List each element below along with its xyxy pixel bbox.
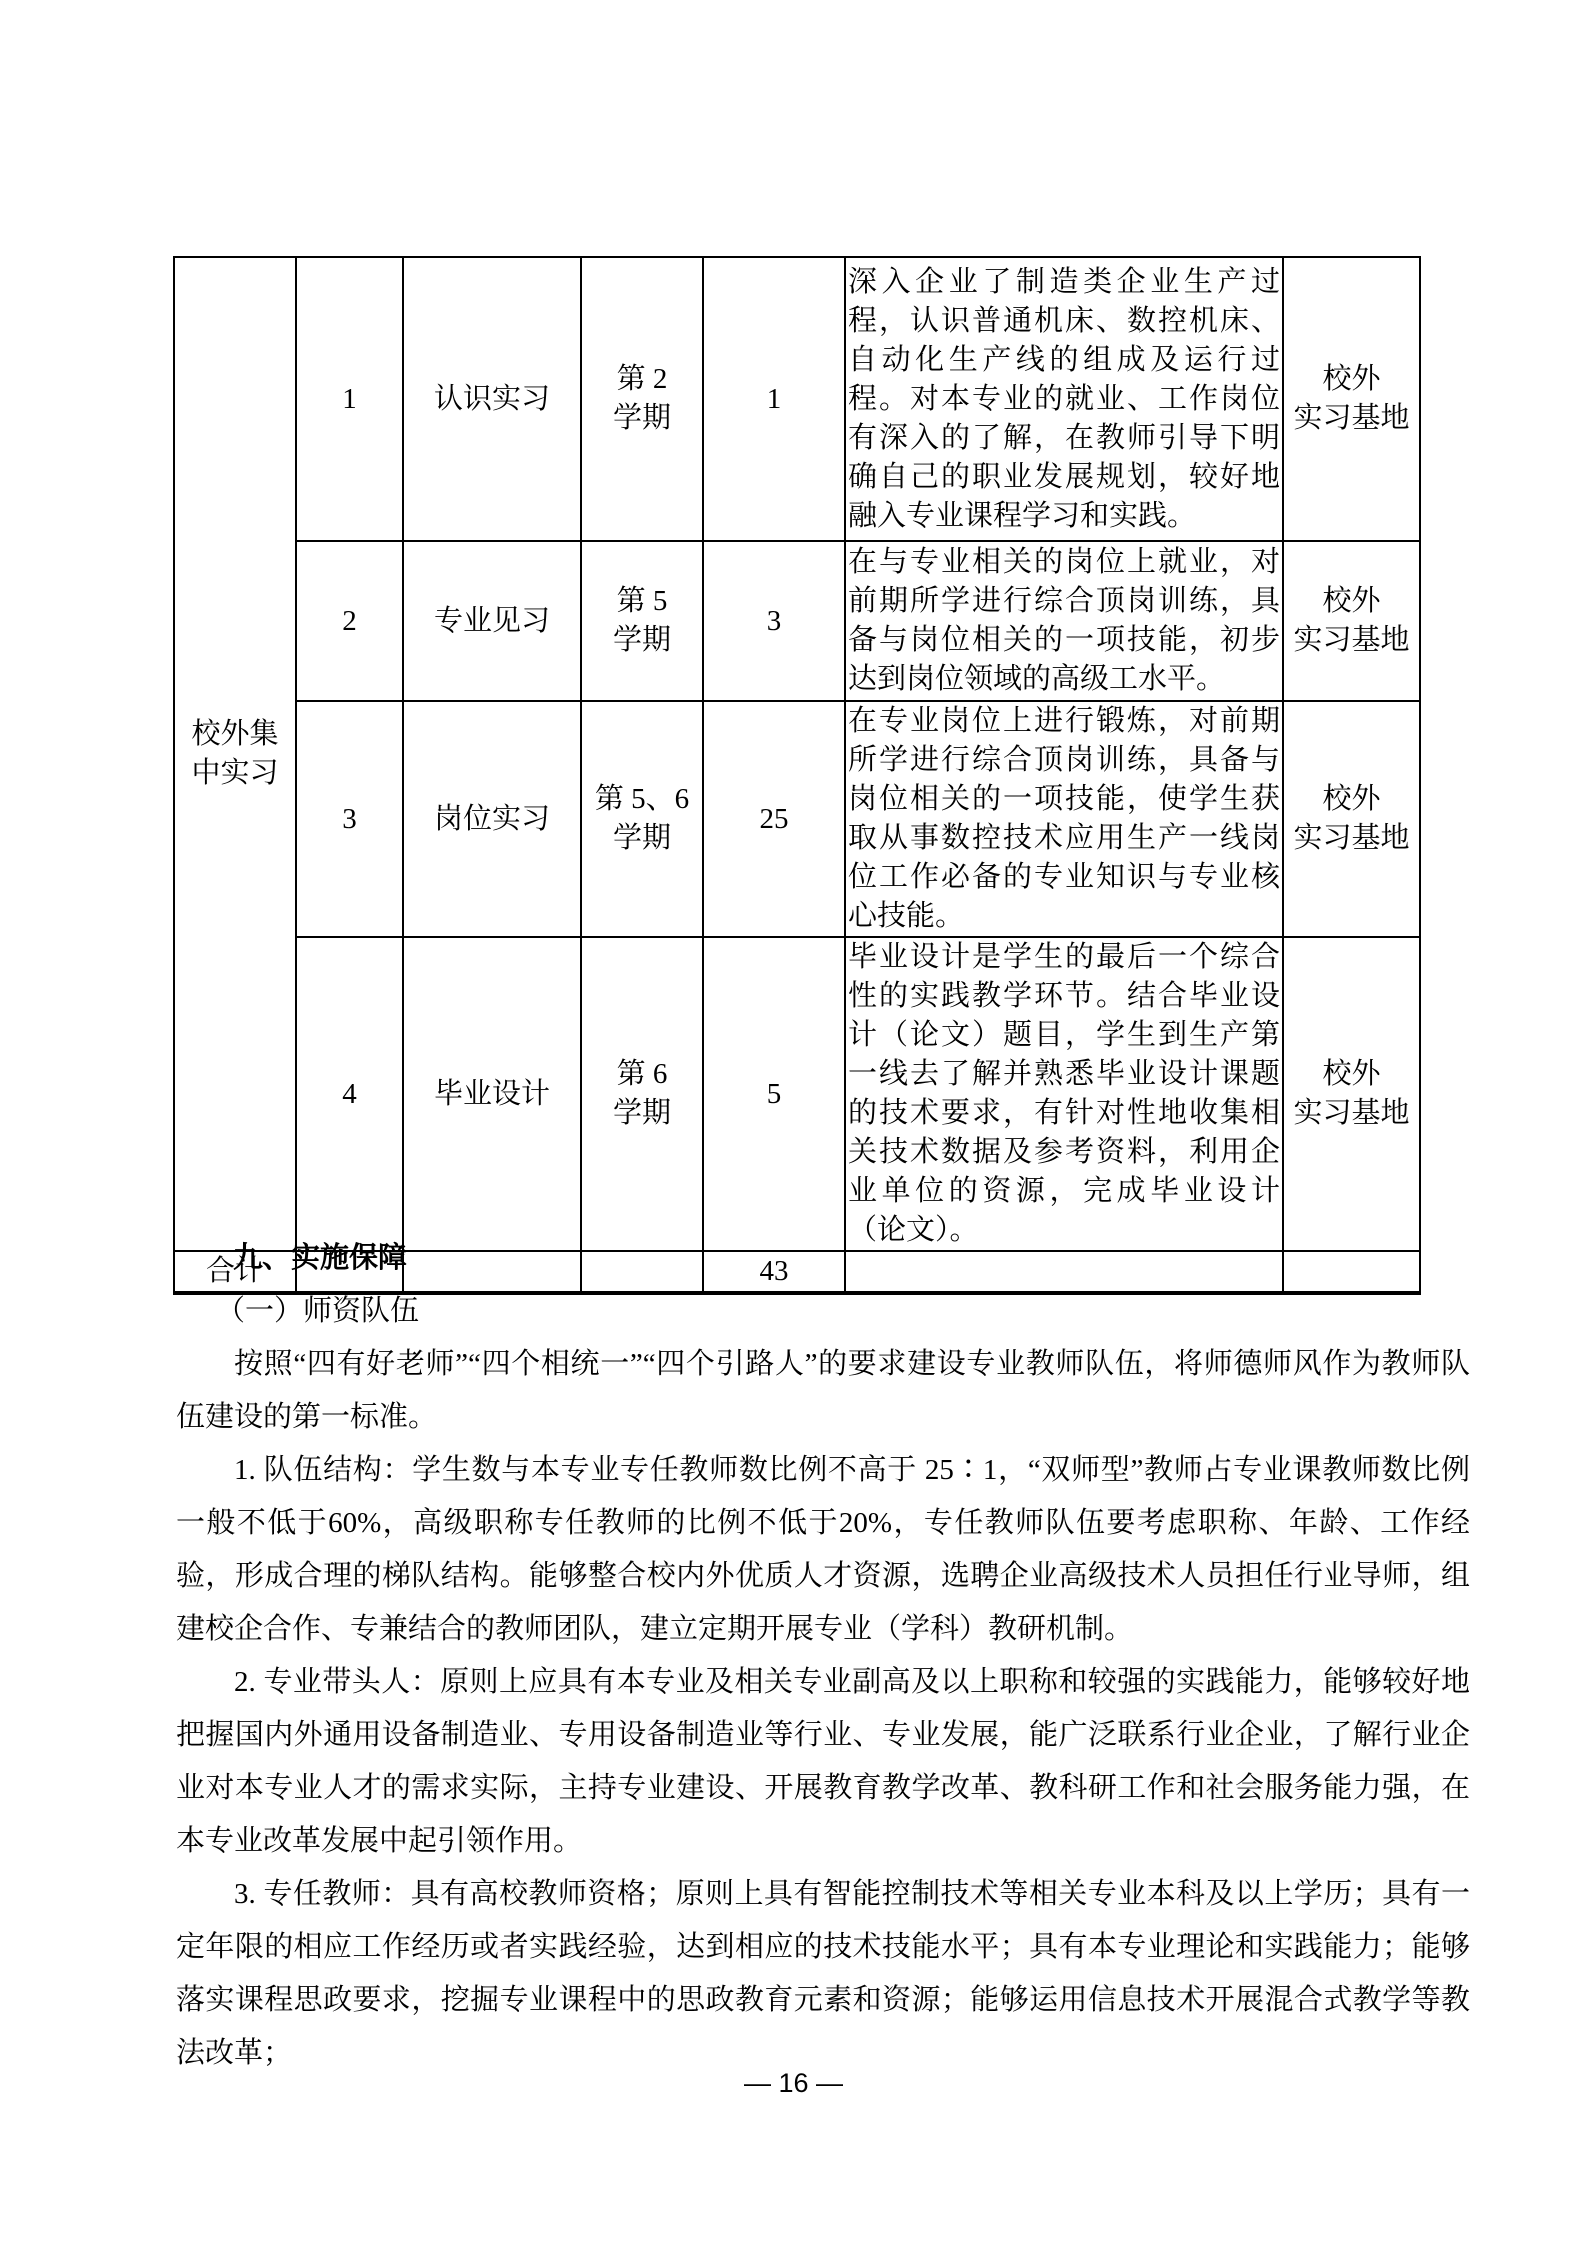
- table-cell-semester: 第 6 学期: [581, 937, 703, 1251]
- table-cell-weeks: 1: [703, 257, 845, 541]
- table-cell-semester: 第 2 学期: [581, 257, 703, 541]
- table-cell-semester: 第 5、6 学期: [581, 701, 703, 937]
- section-subheading: （一）师资队伍: [176, 1285, 1470, 1338]
- table-cell-description: 在与专业相关的岗位上就业，对前期所学进行综合顶岗训练，具备与岗位相关的一项技能，…: [845, 541, 1283, 701]
- table-cell-course-name: 岗位实习: [403, 701, 581, 937]
- table-cell-index: 1: [296, 257, 403, 541]
- table-cell-index: 4: [296, 937, 403, 1251]
- table-cell-description: 在专业岗位上进行锻炼，对前期所学进行综合顶岗训练，具备与岗位相关的一项技能，使学…: [845, 701, 1283, 937]
- table-cell-site: 校外 实习基地: [1283, 541, 1420, 701]
- table-cell-site: 校外 实习基地: [1283, 937, 1420, 1251]
- paragraph-fulltime-teachers: 3. 专任教师：具有高校教师资格；原则上具有智能控制技术等相关专业本科及以上学历…: [176, 1868, 1470, 2080]
- table-row: 校外集 中实习 1 认识实习 第 2 学期 1 深入企业了制造类企业生产过程，认…: [174, 257, 1420, 541]
- section-implementation-guarantee: 九、实施保障 （一）师资队伍 按照“四有好老师”“四个相统一”“四个引路人”的要…: [176, 1232, 1470, 2080]
- table-cell-course-name: 专业见习: [403, 541, 581, 701]
- table-cell-description: 深入企业了制造类企业生产过程，认识普通机床、数控机床、自动化生产线的组成及运行过…: [845, 257, 1283, 541]
- paragraph-teacher-team-intro: 按照“四有好老师”“四个相统一”“四个引路人”的要求建设专业教师队伍，将师德师风…: [176, 1338, 1470, 1444]
- internship-table: 校外集 中实习 1 认识实习 第 2 学期 1 深入企业了制造类企业生产过程，认…: [173, 256, 1421, 1295]
- table-cell-site: 校外 实习基地: [1283, 701, 1420, 937]
- table-cell-weeks: 25: [703, 701, 845, 937]
- table-cell-weeks: 3: [703, 541, 845, 701]
- table-row: 2 专业见习 第 5 学期 3 在与专业相关的岗位上就业，对前期所学进行综合顶岗…: [174, 541, 1420, 701]
- table-row: 4 毕业设计 第 6 学期 5 毕业设计是学生的最后一个综合性的实践教学环节。结…: [174, 937, 1420, 1251]
- paragraph-team-structure: 1. 队伍结构：学生数与本专业专任教师数比例不高于 25∶1，“双师型”教师占专…: [176, 1444, 1470, 1656]
- table-row: 3 岗位实习 第 5、6 学期 25 在专业岗位上进行锻炼，对前期所学进行综合顶…: [174, 701, 1420, 937]
- table-cell-index: 3: [296, 701, 403, 937]
- table-cell-course-name: 毕业设计: [403, 937, 581, 1251]
- table-cell-description: 毕业设计是学生的最后一个综合性的实践教学环节。结合毕业设计（论文）题目，学生到生…: [845, 937, 1283, 1251]
- table-cell-weeks: 5: [703, 937, 845, 1251]
- paragraph-program-leader: 2. 专业带头人：原则上应具有本专业及相关专业副高及以上职称和较强的实践能力，能…: [176, 1656, 1470, 1868]
- section-heading: 九、实施保障: [176, 1232, 1470, 1285]
- table-cell-index: 2: [296, 541, 403, 701]
- table-cell-group-label: 校外集 中实习: [174, 257, 296, 1251]
- table-cell-site: 校外 实习基地: [1283, 257, 1420, 541]
- document-page: 校外集 中实习 1 认识实习 第 2 学期 1 深入企业了制造类企业生产过程，认…: [0, 0, 1587, 2245]
- table-cell-course-name: 认识实习: [403, 257, 581, 541]
- page-number: — 16 —: [0, 2068, 1587, 2099]
- table-cell-semester: 第 5 学期: [581, 541, 703, 701]
